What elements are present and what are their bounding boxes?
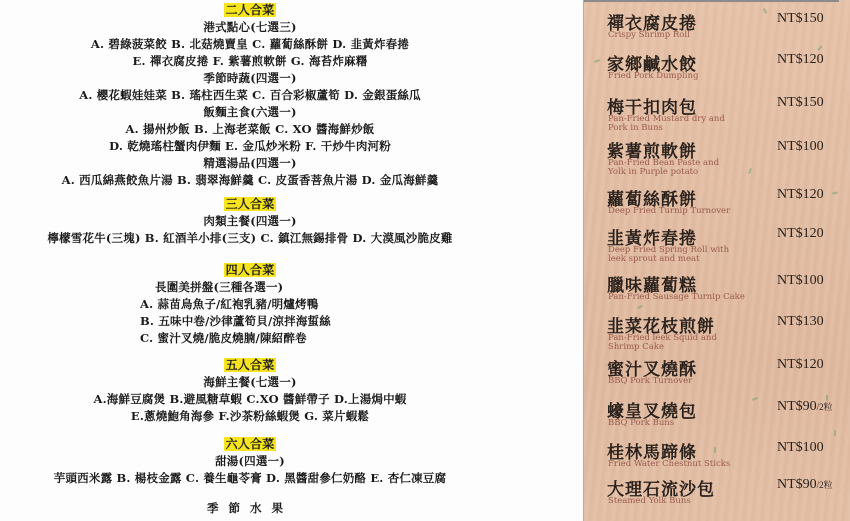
item-name-en: Fried Water Chestnut Sticks [608,460,758,469]
price-value: NT$90 [777,399,817,414]
menu-line: 甜湯(四選一) [0,454,500,469]
price-value: NT$120 [777,187,824,202]
price-unit: /2粒 [817,480,833,490]
menu-line: B. 五味中卷/沙律蘆筍貝/涼拌海蜇絲 [140,314,331,329]
item-price: NT$130 [777,314,824,330]
set-title-label: 二人合菜 [224,3,277,17]
item-price: NT$100 [777,440,824,456]
item-price: NT$90/2粒 [777,477,833,493]
price-value: NT$100 [777,273,824,288]
item-name-en: BBQ Pork Turnover [608,377,738,386]
menu-line: 港式點心(七選三) [0,20,500,35]
item-name-en: Crispy Shrimp Roll [608,31,738,40]
item-price: NT$120 [777,52,824,68]
menu-line: A.海鮮豆腐煲 B.避風糖草蝦 C.XO 醬鮮帶子 D.上湯焗中蝦 [0,392,500,407]
set-title-5-persons: 五人合菜 [0,358,500,373]
item-name-en: Steamed Yolk Buns [608,497,738,506]
menu-line: E. 禪衣腐皮捲 F. 紫薯煎軟餅 G. 海苔炸麻糬 [0,54,500,69]
item-name-en: Pan-Fried Sausage Turnip Cake [608,293,748,302]
menu-line: A. 櫻花蝦娃娃菜 B. 瑤柱西生菜 C. 百合彩椒蘆筍 D. 金銀蛋絲瓜 [0,88,500,103]
decorative-speck [637,305,643,310]
item-price: NT$120 [777,187,824,203]
item-price: NT$100 [777,139,824,155]
price-value: NT$120 [777,226,824,241]
price-value: NT$150 [777,11,824,26]
seasonal-fruit-footer: 季節水果 [0,501,500,516]
item-name-en: BBQ Pork Buns [608,419,738,428]
item-name-en: Fried Pork Dumpling [608,72,738,81]
decorative-speck [834,430,836,436]
menu-line: C. 蜜汁叉燒/脆皮燒腩/陳紹醉卷 [140,331,307,346]
dim-sum-price-board: 禪衣腐皮捲 Crispy Shrimp Roll NT$150 家鄉鹹水餃 Fr… [583,0,850,521]
set-title-4-persons: 四人合菜 [0,263,500,278]
set-title-label: 六人合菜 [224,437,277,451]
item-name-en: Pan-Fried Mustard dry and Pork in Buns [608,115,738,132]
set-title-label: 四人合菜 [224,263,277,277]
menu-line: 檸檬雪花牛(三塊) B. 紅酒羊小排(三支) C. 鎮江無錫排骨 D. 大漠風沙… [0,231,500,246]
board-top-edge [584,0,839,2]
decorative-speck [714,447,716,453]
decorative-speck [748,168,752,174]
menu-line: A. 揚州炒飯 B. 上海老菜飯 C. XO 醬海鮮炒飯 [0,122,500,137]
item-price: NT$90/2粒 [777,399,833,415]
menu-line: 肉類主餐(四選一) [0,214,500,229]
price-value: NT$150 [777,95,824,110]
item-name-en: Pan-Fried leek Squid and Shrimp Cake [608,334,738,351]
menu-line: 長圍美拼盤(三種各選一) [155,280,283,295]
item-name-en: Pan-Fried Bean Paste and Yolk in Purple … [608,159,738,176]
set-title-6-persons: 六人合菜 [0,437,500,452]
price-value: NT$130 [777,314,824,329]
price-value: NT$100 [777,440,824,455]
menu-line: 飯麵主食(六選一) [0,105,500,120]
menu-line: 芋頭西米露 B. 楊枝金露 C. 養生龜苓膏 D. 黑醬甜參仁奶酪 E. 杏仁凍… [0,471,500,486]
menu-line: 精選湯品(四選一) [0,156,500,171]
decorative-speck [763,8,768,14]
price-value: NT$100 [777,139,824,154]
set-title-label: 五人合菜 [224,358,277,372]
menu-line: A. 西瓜綿燕餃魚片湯 B. 翡翠海鮮羹 C. 皮蛋香菩魚片湯 D. 金瓜海鮮羹 [0,173,500,188]
set-title-2-persons: 二人合菜 [0,3,500,18]
item-price: NT$150 [777,95,824,111]
menu-line: 海鮮主餐(七選一) [0,375,500,390]
price-unit: /2粒 [817,402,833,412]
menu-line: A. 蒜苗烏魚子/紅袍乳豬/明爐烤鴨 [140,297,318,312]
item-price: NT$100 [777,273,824,289]
item-price: NT$120 [777,226,824,242]
set-menu-document: 二人合菜 港式點心(七選三) A. 碧綠菠菜餃 B. 北菇燒賣皇 C. 蘿蔔絲酥… [0,0,583,521]
decorative-speck [817,45,822,51]
menu-line: 季節時蔬(四選一) [0,71,500,86]
item-price: NT$150 [777,11,824,27]
item-name-en: Deep Fried Turnip Turnover [608,207,738,216]
decorative-speck [832,191,838,194]
price-value: NT$90 [777,477,817,492]
menu-line: A. 碧綠菠菜餃 B. 北菇燒賣皇 C. 蘿蔔絲酥餅 D. 韭黃炸春捲 [0,37,500,52]
decorative-speck [752,397,758,401]
price-value: NT$120 [777,52,824,67]
set-title-label: 三人合菜 [224,197,277,211]
decorative-speck [594,59,600,63]
menu-line: D. 乾燒瑤柱蟹肉伊麵 E. 金瓜炒米粉 F. 干炒牛肉河粉 [0,139,500,154]
item-price: NT$120 [777,357,824,373]
menu-line: E.蔥燒鮑角海參 F.沙茶粉絲蝦煲 G. 菜片蝦鬆 [0,409,500,424]
set-title-3-persons: 三人合菜 [0,197,500,212]
item-name-en: Deep Fried Spring Roll with leek sprout … [608,246,748,263]
price-value: NT$120 [777,357,824,372]
